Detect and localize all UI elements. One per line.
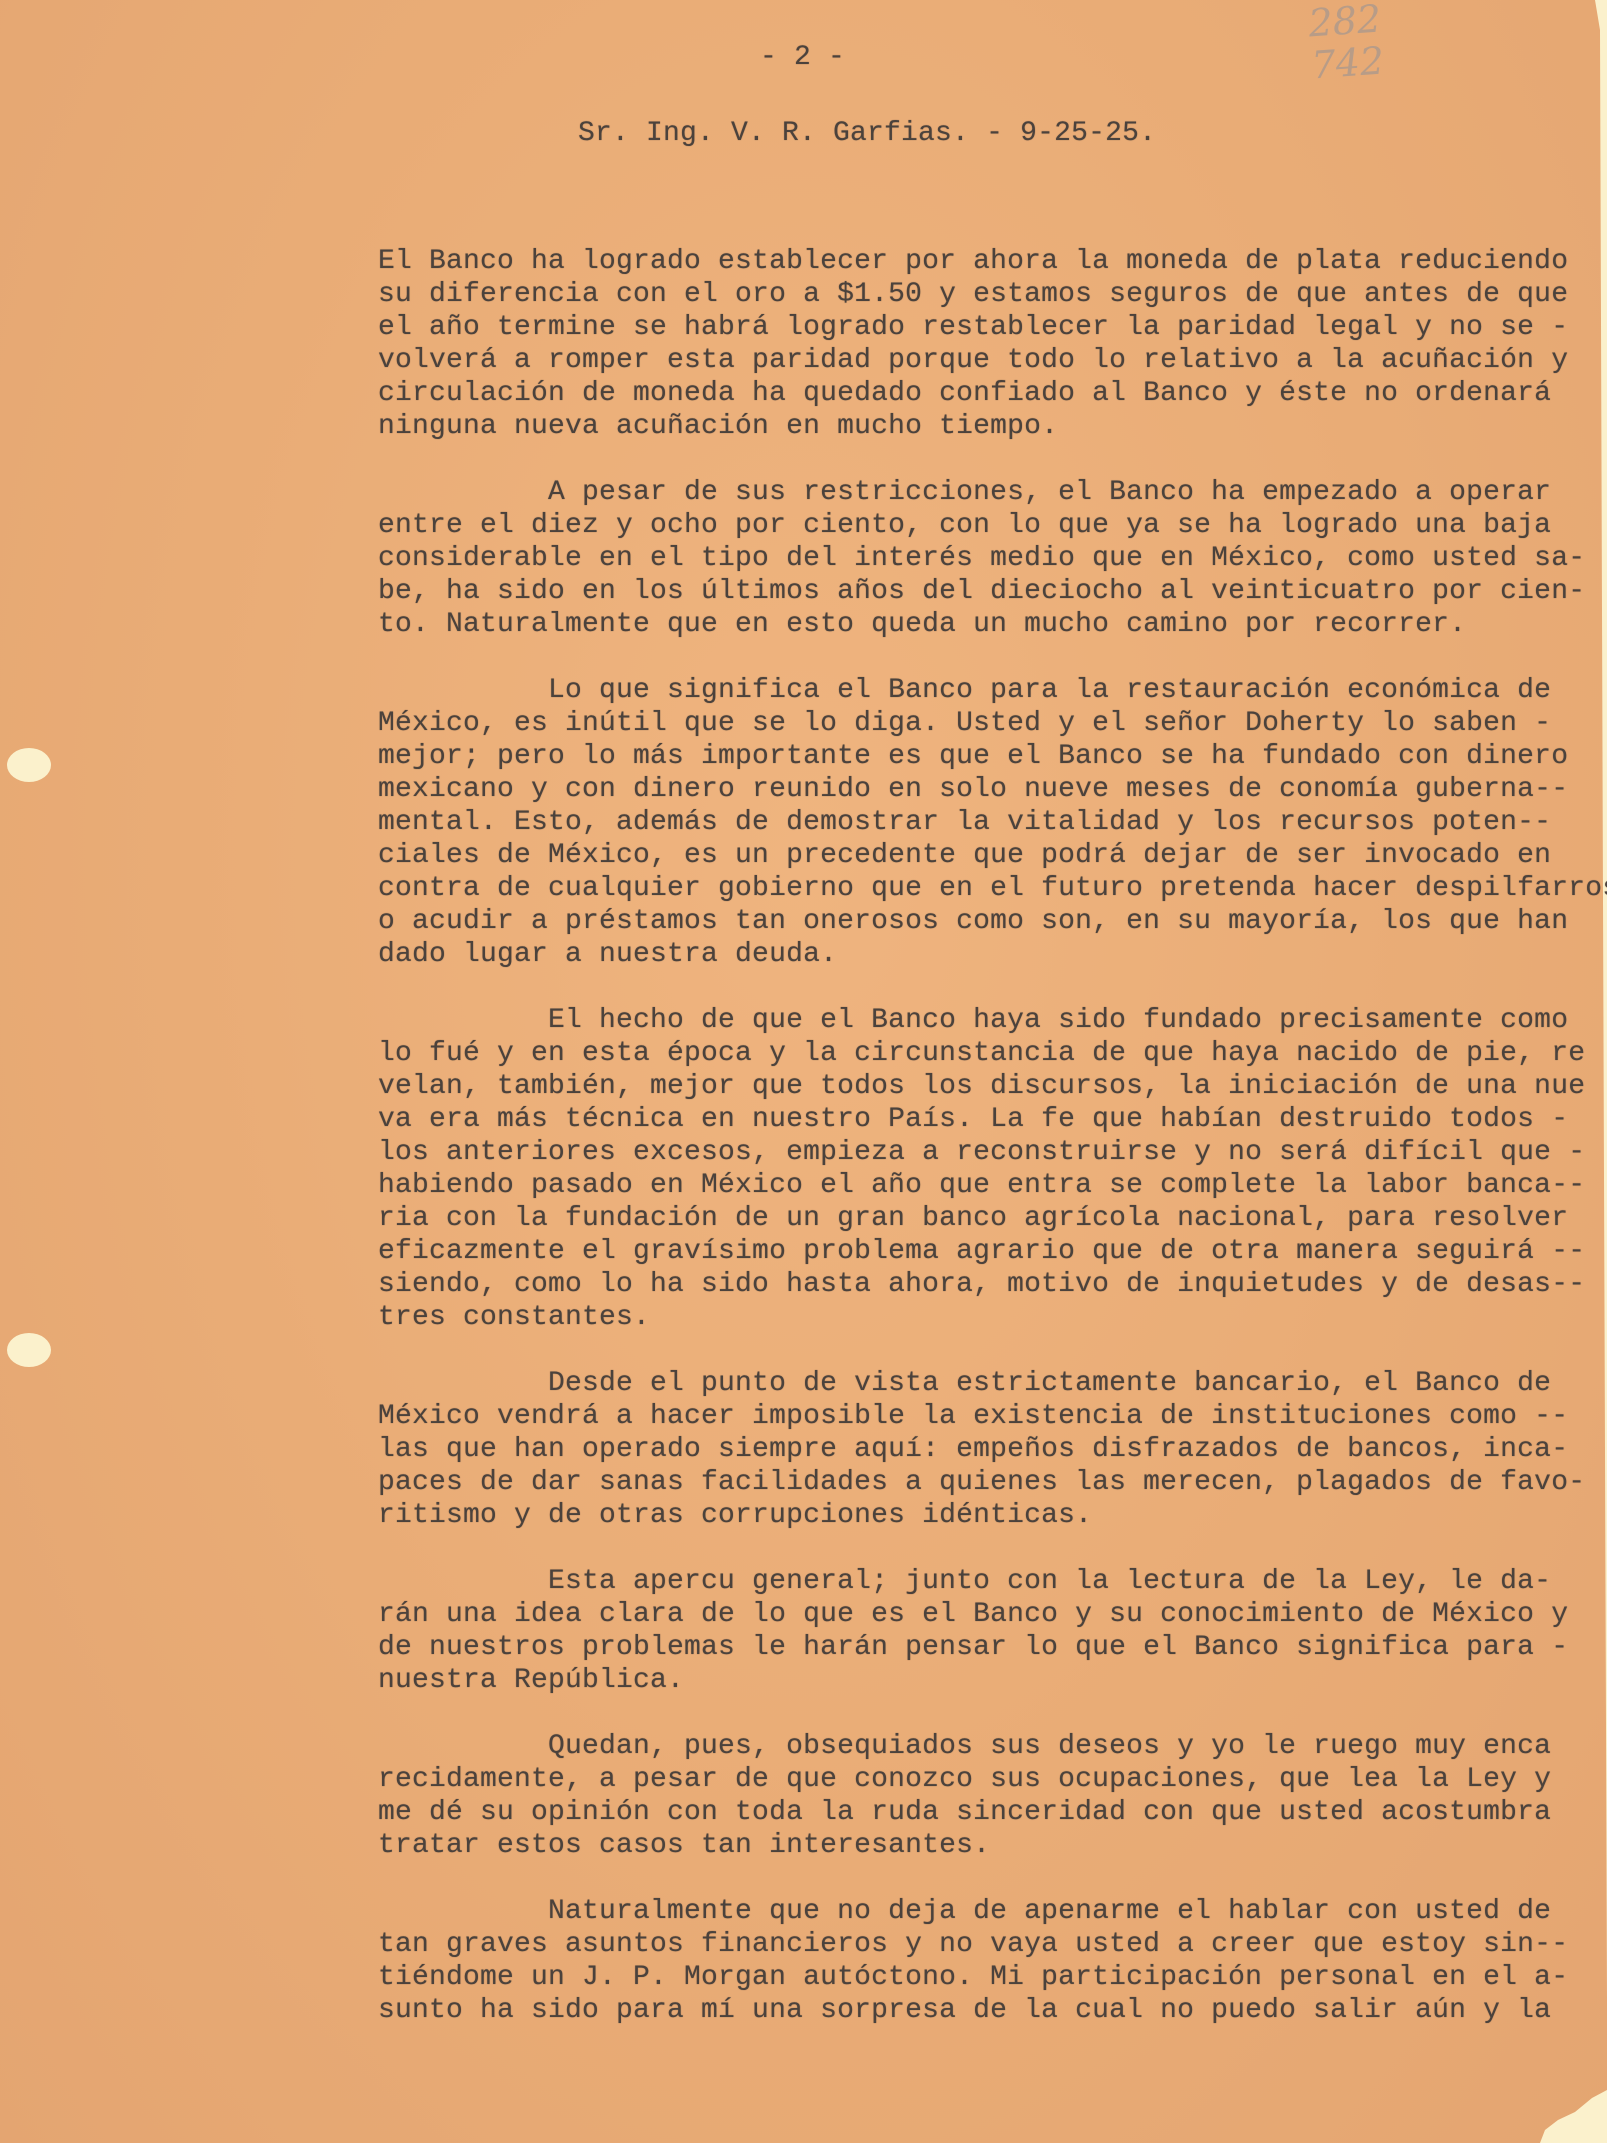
paragraph: Quedan, pues, obsequiados sus deseos y y… xyxy=(378,1730,1607,1862)
paragraph: Naturalmente que no deja de apenarme el … xyxy=(378,1895,1607,2027)
text-line: de nuestros problemas le harán pensar lo… xyxy=(378,1631,1607,1664)
punch-hole-bottom xyxy=(7,1333,51,1367)
text-line: sunto ha sido para mí una sorpresa de la… xyxy=(378,1994,1607,2027)
text-line: contra de cualquier gobierno que en el f… xyxy=(378,872,1607,905)
text-line: volverá a romper esta paridad porque tod… xyxy=(378,344,1607,377)
text-line: dado lugar a nuestra deuda. xyxy=(378,938,1607,971)
paragraph: El Banco ha logrado establecer por ahora… xyxy=(378,245,1607,443)
text-line: las que han operado siempre aquí: empeño… xyxy=(378,1433,1607,1466)
text-line: el año termine se habrá logrado restable… xyxy=(378,311,1607,344)
letter-body: El Banco ha logrado establecer por ahora… xyxy=(378,245,1607,2060)
text-line: me dé su opinión con toda la ruda sincer… xyxy=(378,1796,1607,1829)
text-line: entre el diez y ocho por ciento, con lo … xyxy=(378,509,1607,542)
text-line: recidamente, a pesar de que conozco sus … xyxy=(378,1763,1607,1796)
text-line: habiendo pasado en México el año que ent… xyxy=(378,1169,1607,1202)
text-line: tiéndome un J. P. Morgan autóctono. Mi p… xyxy=(378,1961,1607,1994)
paragraph: A pesar de sus restricciones, el Banco h… xyxy=(378,476,1607,641)
handwritten-note: 742 xyxy=(1310,39,1385,86)
text-line: to. Naturalmente que en esto queda un mu… xyxy=(378,608,1607,641)
text-line: lo fué y en esta época y la circunstanci… xyxy=(378,1037,1607,1070)
text-line: tratar estos casos tan interesantes. xyxy=(378,1829,1607,1862)
text-line: mejor; pero lo más importante es que el … xyxy=(378,740,1607,773)
text-line: su diferencia con el oro a $1.50 y estam… xyxy=(378,278,1607,311)
text-line: Desde el punto de vista estrictamente ba… xyxy=(378,1367,1607,1400)
text-line: Lo que significa el Banco para la restau… xyxy=(378,674,1607,707)
text-line: tres constantes. xyxy=(378,1301,1607,1334)
text-line: considerable en el tipo del interés medi… xyxy=(378,542,1607,575)
letter-header: Sr. Ing. V. R. Garfias. - 9-25-25. xyxy=(578,118,1156,149)
text-line: Naturalmente que no deja de apenarme el … xyxy=(378,1895,1607,1928)
punch-hole-top xyxy=(7,748,51,782)
text-line: mental. Esto, además de demostrar la vit… xyxy=(378,806,1607,839)
text-line: circulación de moneda ha quedado confiad… xyxy=(378,377,1607,410)
text-line: be, ha sido en los últimos años del diec… xyxy=(378,575,1607,608)
paragraph: Lo que significa el Banco para la restau… xyxy=(378,674,1607,971)
page-number: - 2 - xyxy=(760,42,845,73)
text-line: va era más técnica en nuestro País. La f… xyxy=(378,1103,1607,1136)
text-line: rán una idea clara de lo que es el Banco… xyxy=(378,1598,1607,1631)
text-line: eficazmente el gravísimo problema agrari… xyxy=(378,1235,1607,1268)
text-line: A pesar de sus restricciones, el Banco h… xyxy=(378,476,1607,509)
paragraph: Desde el punto de vista estrictamente ba… xyxy=(378,1367,1607,1532)
text-line: Quedan, pues, obsequiados sus deseos y y… xyxy=(378,1730,1607,1763)
text-line: Esta apercu general; junto con la lectur… xyxy=(378,1565,1607,1598)
text-line: o acudir a préstamos tan onerosos como s… xyxy=(378,905,1607,938)
text-line: los anteriores excesos, empieza a recons… xyxy=(378,1136,1607,1169)
handwritten-note: 282 xyxy=(1307,0,1382,45)
text-line: El hecho de que el Banco haya sido funda… xyxy=(378,1004,1607,1037)
text-line: México vendrá a hacer imposible la exist… xyxy=(378,1400,1607,1433)
paragraph: El hecho de que el Banco haya sido funda… xyxy=(378,1004,1607,1334)
text-line: nuestra República. xyxy=(378,1664,1607,1697)
text-line: México, es inútil que se lo diga. Usted … xyxy=(378,707,1607,740)
handwritten-notes: 282 742 xyxy=(1307,0,1385,86)
text-line: siendo, como lo ha sido hasta ahora, mot… xyxy=(378,1268,1607,1301)
text-line: ria con la fundación de un gran banco ag… xyxy=(378,1202,1607,1235)
text-line: ciales de México, es un precedente que p… xyxy=(378,839,1607,872)
text-line: velan, también, mejor que todos los disc… xyxy=(378,1070,1607,1103)
text-line: mexicano y con dinero reunido en solo nu… xyxy=(378,773,1607,806)
text-line: ninguna nueva acuñación en mucho tiempo. xyxy=(378,410,1607,443)
text-line: tan graves asuntos financieros y no vaya… xyxy=(378,1928,1607,1961)
text-line: El Banco ha logrado establecer por ahora… xyxy=(378,245,1607,278)
text-line: paces de dar sanas facilidades a quienes… xyxy=(378,1466,1607,1499)
text-line: ritismo y de otras corrupciones idéntica… xyxy=(378,1499,1607,1532)
paragraph: Esta apercu general; junto con la lectur… xyxy=(378,1565,1607,1697)
